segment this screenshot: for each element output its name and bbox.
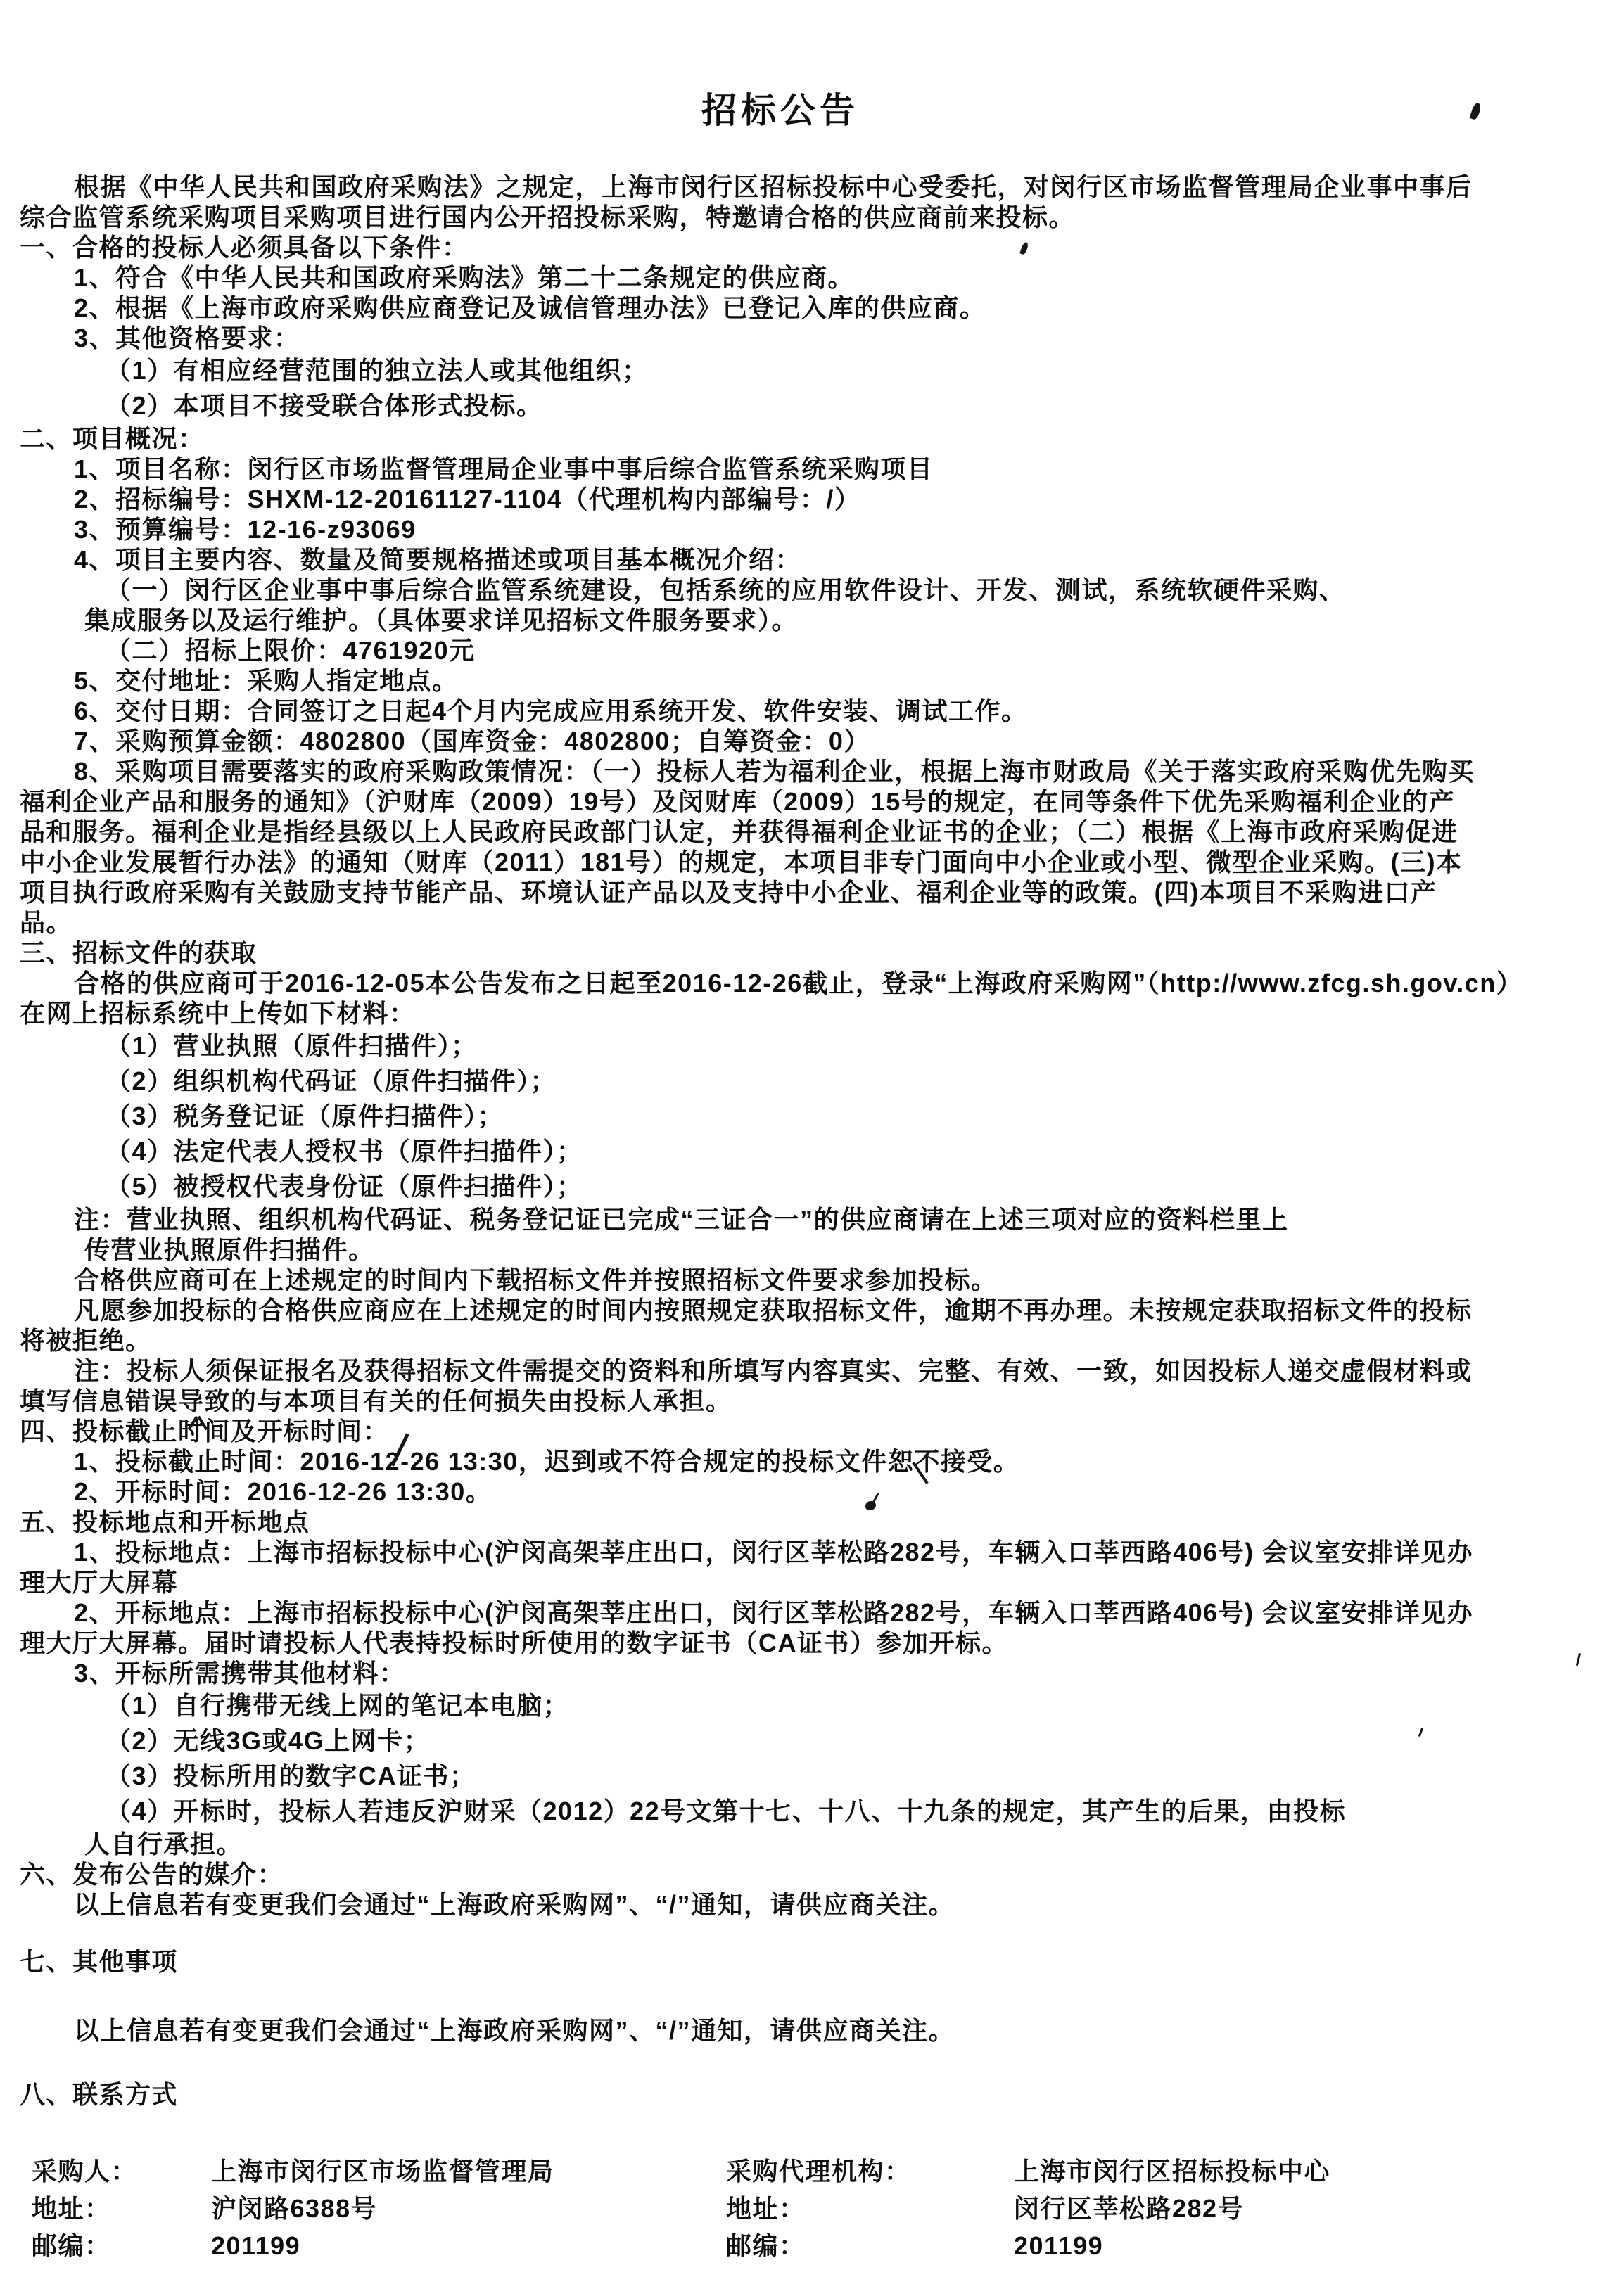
document-line: （1）营业执照（原件扫描件）； (106, 1028, 1621, 1064)
document-line: 2、招标编号：SHXM-12-20161127-1104（代理机构内部编号：/） (74, 484, 1621, 514)
document-line: 注：投标人须保证报名及获得招标文件需提交的资料和所填写内容真实、完整、有效、一致… (74, 1356, 1621, 1386)
document-line: 2、开标时间：2016-12-26 13:30。 (74, 1477, 1621, 1507)
document-line: 2、根据《上海市政府采购供应商登记及诚信管理办法》已登记入库的供应商。 (74, 293, 1621, 323)
purchaser-postcode-label: 邮编： (32, 2233, 211, 2259)
document-line: 根据《中华人民共和国政府采购法》之规定，上海市闵行区招标投标中心受委托，对闵行区… (74, 172, 1621, 202)
document-line: 一、合格的投标人必须具备以下条件： (20, 232, 1621, 262)
document-line: 以上信息若有变更我们会通过“上海政府采购网”、“/”通知，请供应商关注。 (74, 1889, 1621, 1920)
document-line: （2）组织机构代码证（原件扫描件）； (106, 1064, 1621, 1099)
document-line: 综合监管系统采购项目采购项目进行国内公开招投标采购，特邀请合格的供应商前来投标。 (20, 202, 1621, 232)
document-line: 在网上招标系统中上传如下材料： (20, 998, 1621, 1028)
document-line: 项目执行政府采购有关鼓励支持节能产品、环境认证产品以及支持中小企业、福利企业等的… (20, 877, 1621, 907)
agency-name: 上海市闵行区招标投标中心 (1014, 2159, 1621, 2184)
document-line: 八、联系方式 (20, 2079, 1621, 2110)
document-line: 7、采购预算金额：4802800（国库资金：4802800；自筹资金：0） (74, 726, 1621, 756)
document-line: 理大厅大屏幕。届时请投标人代表持投标时所使用的数字证书（CA证书）参加开标。 (20, 1628, 1621, 1658)
document-body: 根据《中华人民共和国政府采购法》之规定，上海市闵行区招标投标中心受委托，对闵行区… (0, 172, 1621, 2110)
document-line: 凡愿参加投标的合格供应商应在上述规定的时间内按照规定获取招标文件，逾期不再办理。… (74, 1295, 1621, 1325)
document-line: 理大厅大屏幕 (20, 1567, 1621, 1597)
line-spacer (0, 1977, 1621, 2015)
purchaser-name: 上海市闵行区市场监督管理局 (211, 2159, 726, 2184)
document-line: 以上信息若有变更我们会通过“上海政府采购网”、“/”通知，请供应商关注。 (74, 2015, 1621, 2046)
line-spacer (0, 1920, 1621, 1946)
document-line: 二、项目概况： (20, 423, 1621, 454)
document-line: 填写信息错误导致的与本项目有关的任何损失由投标人承担。 (20, 1386, 1621, 1416)
agency-postcode-label: 邮编： (726, 2233, 1014, 2259)
document-line: （2）本项目不接受联合体形式投标。 (106, 388, 1621, 423)
document-line: 四、投标截止时间及开标时间： (20, 1416, 1621, 1446)
document-line: （2）无线3G或4G上网卡； (106, 1723, 1621, 1759)
document-line: 品。 (20, 907, 1621, 938)
document-line: 合格供应商可在上述规定的时间内下载招标文件并按照招标文件要求参加投标。 (74, 1265, 1621, 1295)
document-line: 6、交付日期：合同签订之日起4个月内完成应用系统开发、软件安装、调试工作。 (74, 696, 1621, 726)
agency-address-label: 地址： (726, 2196, 1014, 2221)
contact-section: 采购人： 上海市闵行区市场监督管理局 采购代理机构： 上海市闵行区招标投标中心 … (32, 2159, 1621, 2259)
agency-address: 闵行区莘松路282号 (1014, 2196, 1621, 2221)
purchaser-label: 采购人： (32, 2159, 211, 2184)
document-line: （二）招标上限价：4761920元 (106, 635, 1621, 665)
document-line: 合格的供应商可于2016-12-05本公告发布之日起至2016-12-26截止，… (74, 968, 1621, 998)
document-line: 3、开标所需携带其他材料： (74, 1658, 1621, 1688)
document-line: 集成服务以及运行维护。（具体要求详见招标文件服务要求）。 (84, 605, 1621, 635)
document-line: 中小企业发展暂行办法》的通知（财库（2011）181号）的规定，本项目非专门面向… (20, 847, 1621, 877)
line-spacer (0, 2046, 1621, 2079)
document-line: 5、交付地址：采购人指定地点。 (74, 665, 1621, 696)
document-line: 品和服务。福利企业是指经县级以上人民政府民政部门认定，并获得福利企业证书的企业；… (20, 817, 1621, 847)
document-line: 福利企业产品和服务的通知》（沪财库（2009）19号）及闵财库（2009）15号… (20, 786, 1621, 817)
document-line: 传营业执照原件扫描件。 (84, 1235, 1621, 1265)
purchaser-address-label: 地址： (32, 2196, 211, 2221)
purchaser-address: 沪闵路6388号 (211, 2196, 726, 2221)
agency-postcode: 201199 (1014, 2233, 1621, 2259)
document-line: （3）税务登记证（原件扫描件）； (106, 1099, 1621, 1134)
document-line: 1、符合《中华人民共和国政府采购法》第二十二条规定的供应商。 (74, 262, 1621, 293)
document-line: 3、其他资格要求： (74, 323, 1621, 353)
document-line: 1、投标截止时间：2016-12-26 13:30，迟到或不符合规定的投标文件恕… (74, 1446, 1621, 1477)
document-line: 3、预算编号：12-16-z93069 (74, 514, 1621, 544)
page-title: 招标公告 (0, 90, 1591, 131)
document-line: 1、投标地点：上海市招标投标中心(沪闵高架莘庄出口，闵行区莘松路282号，车辆入… (74, 1537, 1621, 1567)
document-line: 将被拒绝。 (20, 1325, 1621, 1356)
document-line: 2、开标地点：上海市招标投标中心(沪闵高架莘庄出口，闵行区莘松路282号，车辆入… (74, 1597, 1621, 1628)
purchaser-postcode: 201199 (211, 2233, 726, 2259)
document-line: （4）法定代表人授权书（原件扫描件）； (106, 1134, 1621, 1169)
document-line: 三、招标文件的获取 (20, 938, 1621, 968)
document-line: 七、其他事项 (20, 1946, 1621, 1977)
document-line: 注：营业执照、组织机构代码证、税务登记证已完成“三证合一”的供应商请在上述三项对… (74, 1204, 1621, 1235)
document-line: 六、发布公告的媒介： (20, 1859, 1621, 1889)
document-line: （1）自行携带无线上网的笔记本电脑； (106, 1688, 1621, 1723)
document-line: （3）投标所用的数字CA证书； (106, 1759, 1621, 1794)
document-line: 8、采购项目需要落实的政府采购政策情况：（一）投标人若为福利企业，根据上海市财政… (74, 756, 1621, 786)
scanned-tender-announcement-page: 招标公告 根据《中华人民共和国政府采购法》之规定，上海市闵行区招标投标中心受委托… (0, 0, 1621, 2296)
document-line: （一）闵行区企业事中事后综合监管系统建设，包括系统的应用软件设计、开发、测试，系… (106, 575, 1621, 605)
document-line: （1）有相应经营范围的独立法人或其他组织； (106, 353, 1621, 388)
document-line: 4、项目主要内容、数量及简要规格描述或项目基本概况介绍： (74, 544, 1621, 575)
document-line: 1、项目名称：闵行区市场监督管理局企业事中事后综合监管系统采购项目 (74, 454, 1621, 484)
document-line: （4）开标时，投标人若违反沪财采（2012）22号文第十七、十八、十九条的规定，… (106, 1794, 1621, 1829)
agency-label: 采购代理机构： (726, 2159, 1014, 2184)
document-line: （5）被授权代表身份证（原件扫描件）； (106, 1169, 1621, 1204)
document-line: 五、投标地点和开标地点 (20, 1507, 1621, 1537)
document-line: 人自行承担。 (84, 1829, 1621, 1859)
